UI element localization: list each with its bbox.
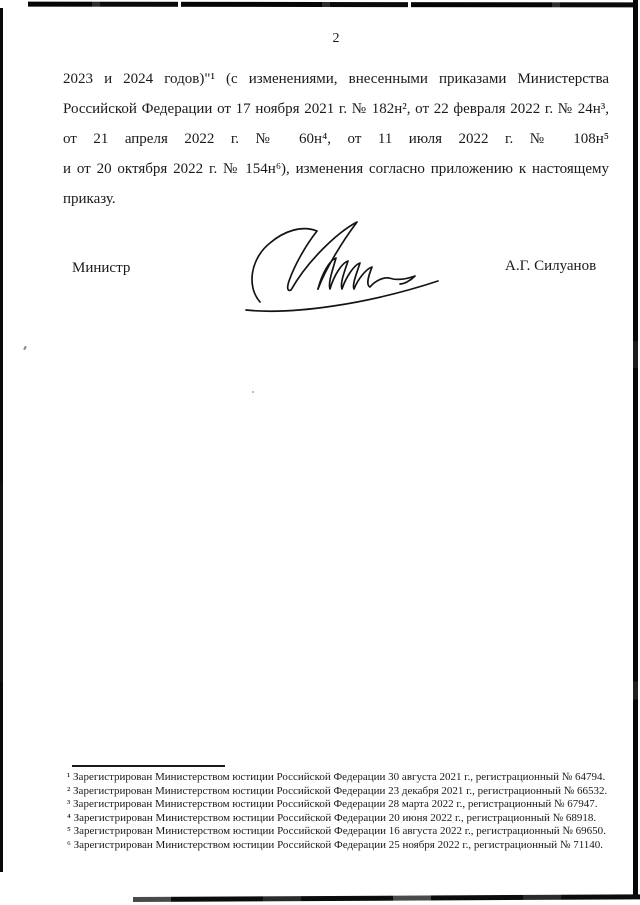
- body-line: 2023 и 2024 годов)"¹ (с изменениями, вне…: [63, 64, 609, 94]
- scan-edge-right: [633, 0, 638, 897]
- footnote: ⁵ Зарегистрирован Министерством юстиции …: [67, 825, 612, 839]
- body-line: от 21 апреля 2022 г. № 60н⁴, от 11 июля …: [63, 124, 609, 154]
- scan-edge-left: [0, 8, 3, 872]
- body-paragraph: 2023 и 2024 годов)"¹ (с изменениями, вне…: [63, 64, 609, 214]
- footnote: ² Зарегистрирован Министерством юстиции …: [67, 785, 612, 799]
- handwritten-signature: [238, 220, 448, 315]
- scan-edge-bottom: [133, 894, 640, 902]
- body-line: приказу.: [63, 184, 609, 214]
- footnotes: ¹ Зарегистрирован Министерством юстиции …: [67, 771, 612, 853]
- footnote-separator: [72, 765, 225, 767]
- page-number: 2: [63, 31, 609, 47]
- body-line: и от 20 октября 2022 г. № 154н⁶), измене…: [63, 154, 609, 184]
- footnote: ⁶ Зарегистрирован Министерством юстиции …: [67, 839, 612, 853]
- scanned-document-page: 2 2023 и 2024 годов)"¹ (с изменениями, в…: [0, 0, 640, 905]
- signer-title: Министр: [72, 259, 130, 277]
- footnote: ⁴ Зарегистрирован Министерством юстиции …: [67, 812, 612, 826]
- signer-name: А.Г. Силуанов: [505, 257, 596, 275]
- scan-edge-top: [28, 2, 640, 8]
- footnote: ³ Зарегистрирован Министерством юстиции …: [67, 798, 612, 812]
- footnote: ¹ Зарегистрирован Министерством юстиции …: [67, 771, 612, 785]
- scan-speckle: [23, 346, 27, 350]
- scan-speckle: [252, 391, 254, 393]
- body-line: Российской Федерации от 17 ноября 2021 г…: [63, 94, 609, 124]
